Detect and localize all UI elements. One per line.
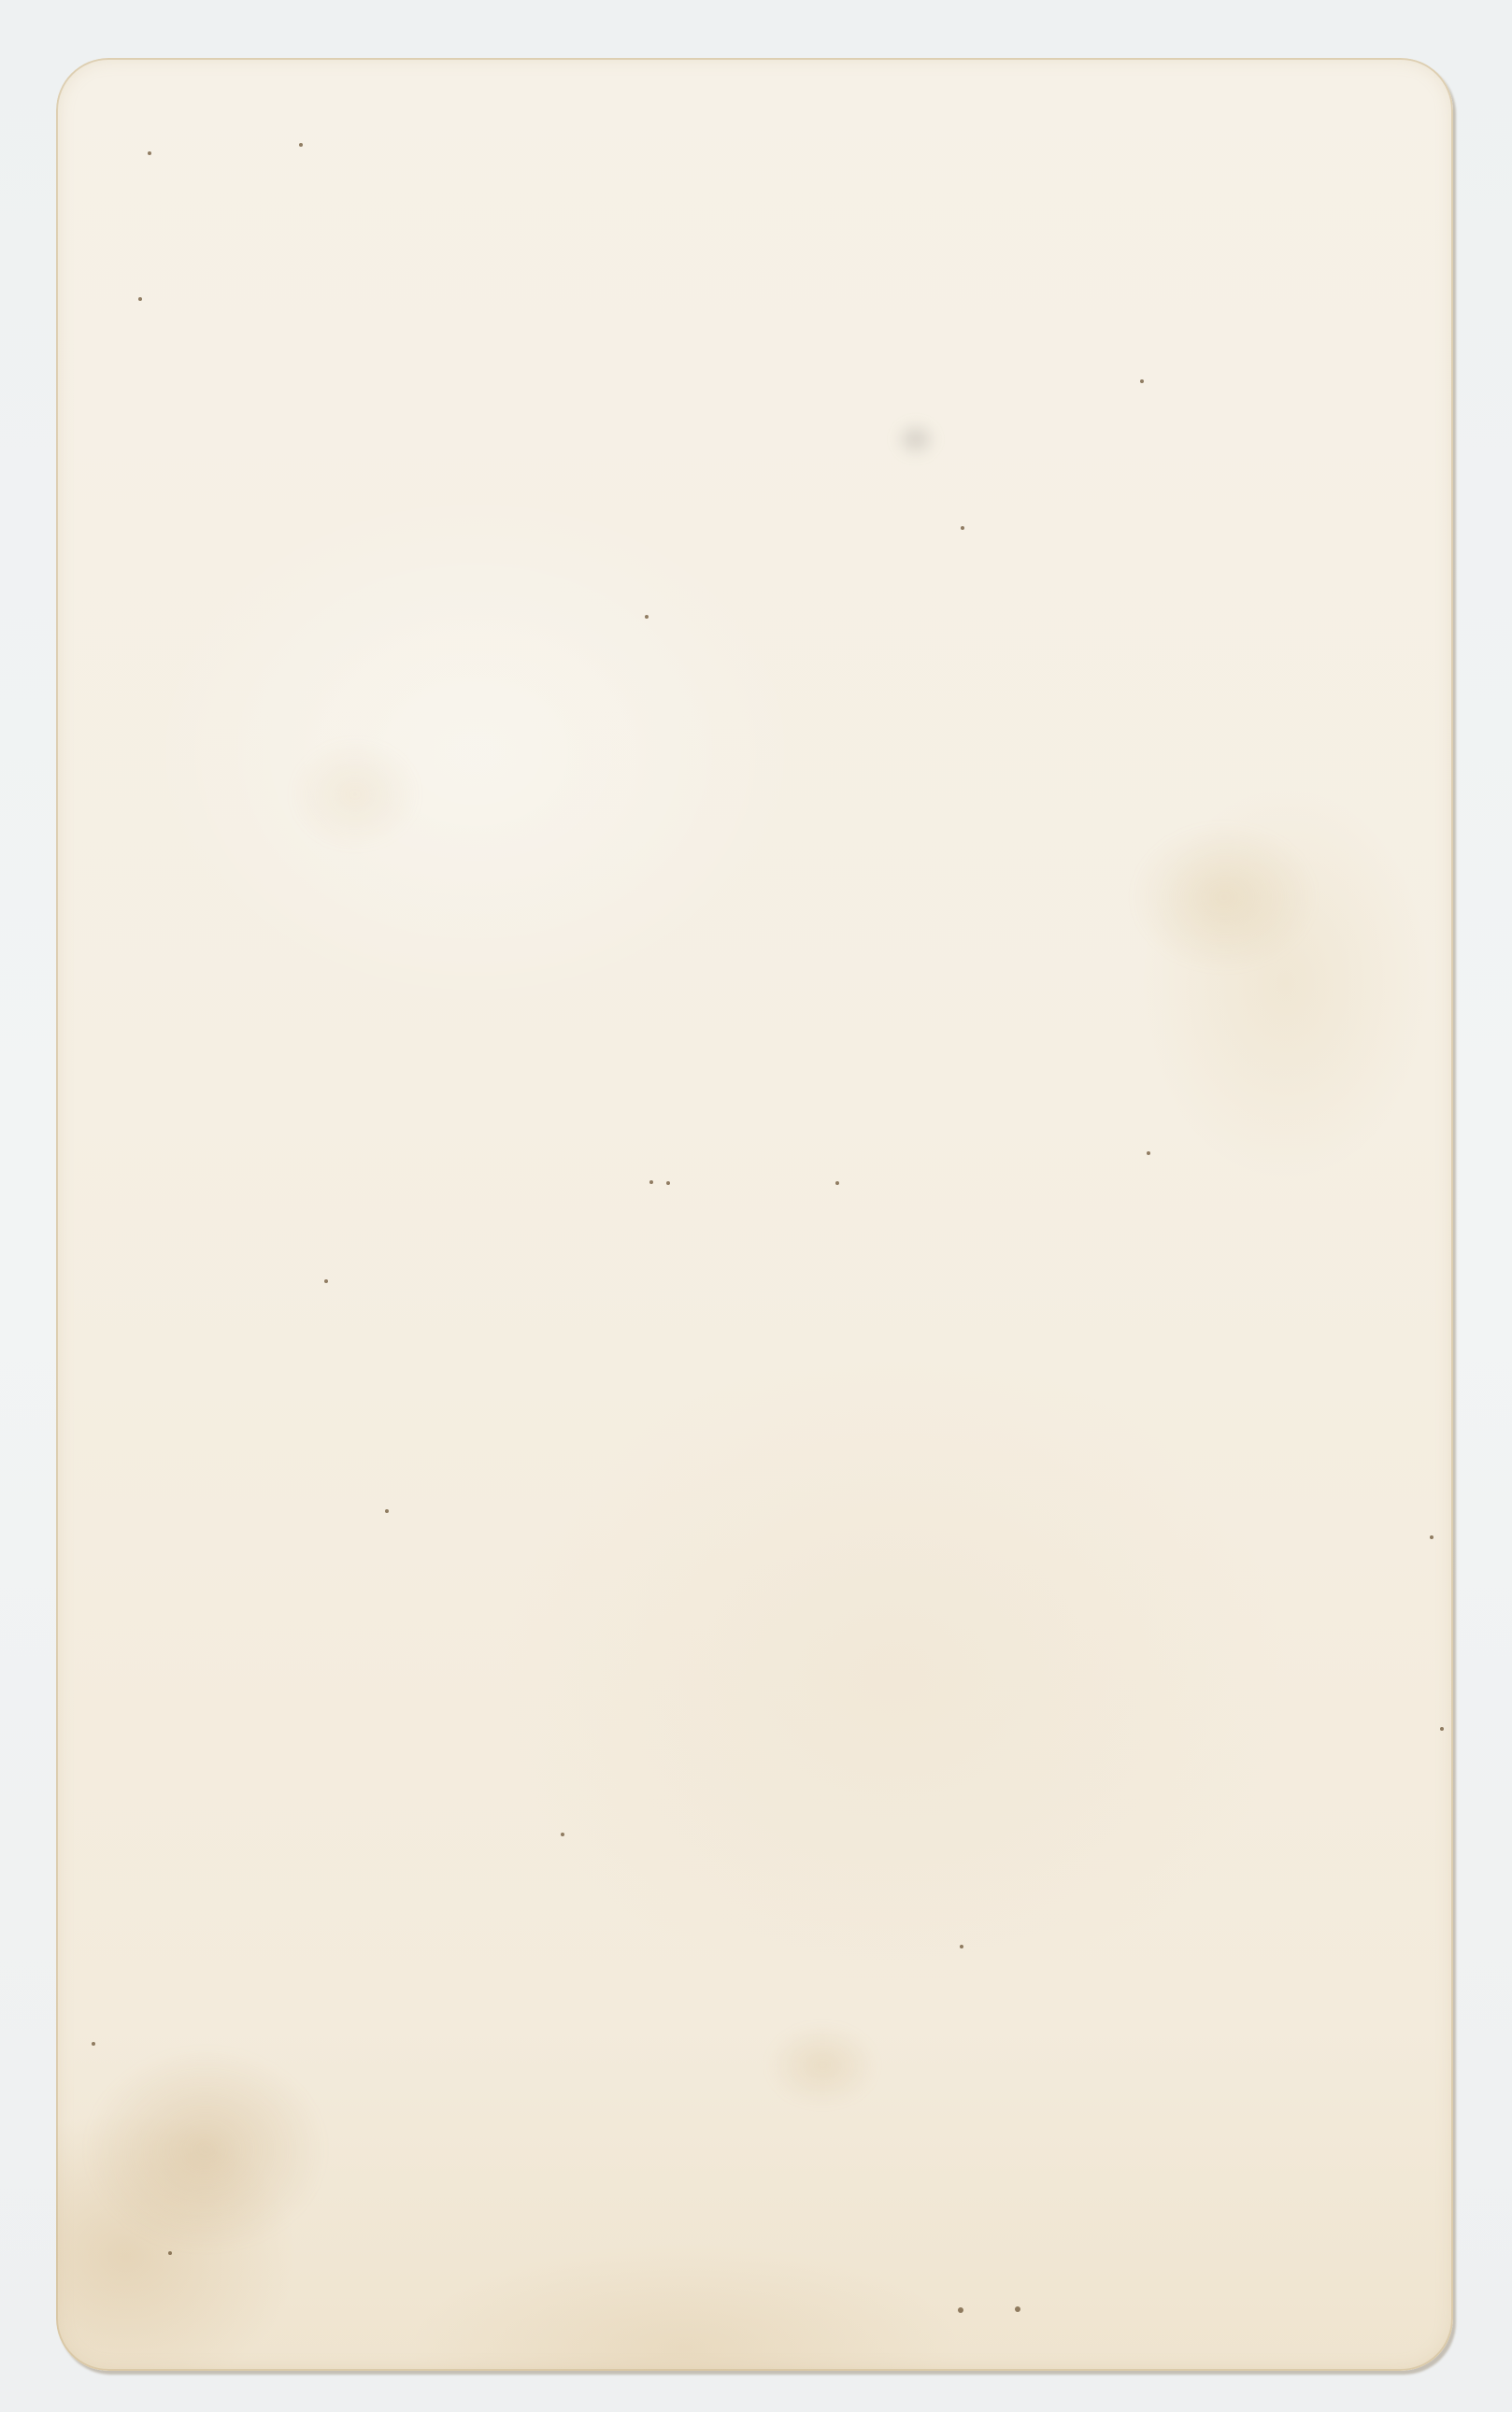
foxing-spot <box>561 1833 564 1836</box>
paper-stain <box>894 421 937 458</box>
foxing-spot <box>960 1945 963 1948</box>
foxing-spot <box>645 615 649 619</box>
foxing-spot <box>958 2307 963 2313</box>
foxing-spot <box>835 1181 839 1185</box>
foxing-spot <box>168 2251 172 2255</box>
foxing-spot <box>324 1279 328 1283</box>
foxing-spot <box>385 1509 389 1513</box>
paper-stain <box>1131 822 1318 972</box>
paper-stain <box>84 2047 327 2252</box>
paper-stain <box>290 738 421 850</box>
foxing-spot <box>666 1181 670 1185</box>
foxing-spot <box>649 1180 653 1184</box>
foxing-spot <box>148 151 151 155</box>
foxing-spot <box>138 297 142 301</box>
foxing-spot <box>1015 2306 1020 2312</box>
paper-stain <box>766 2023 878 2107</box>
foxing-spot <box>1430 1535 1434 1539</box>
foxing-spot <box>1147 1151 1150 1155</box>
foxing-spot <box>299 143 303 147</box>
foxing-spot <box>1140 379 1144 383</box>
foxing-spot <box>1440 1727 1444 1731</box>
foxing-spot <box>961 526 964 530</box>
foxing-spot <box>92 2042 95 2046</box>
photo-card-back <box>56 58 1453 2371</box>
